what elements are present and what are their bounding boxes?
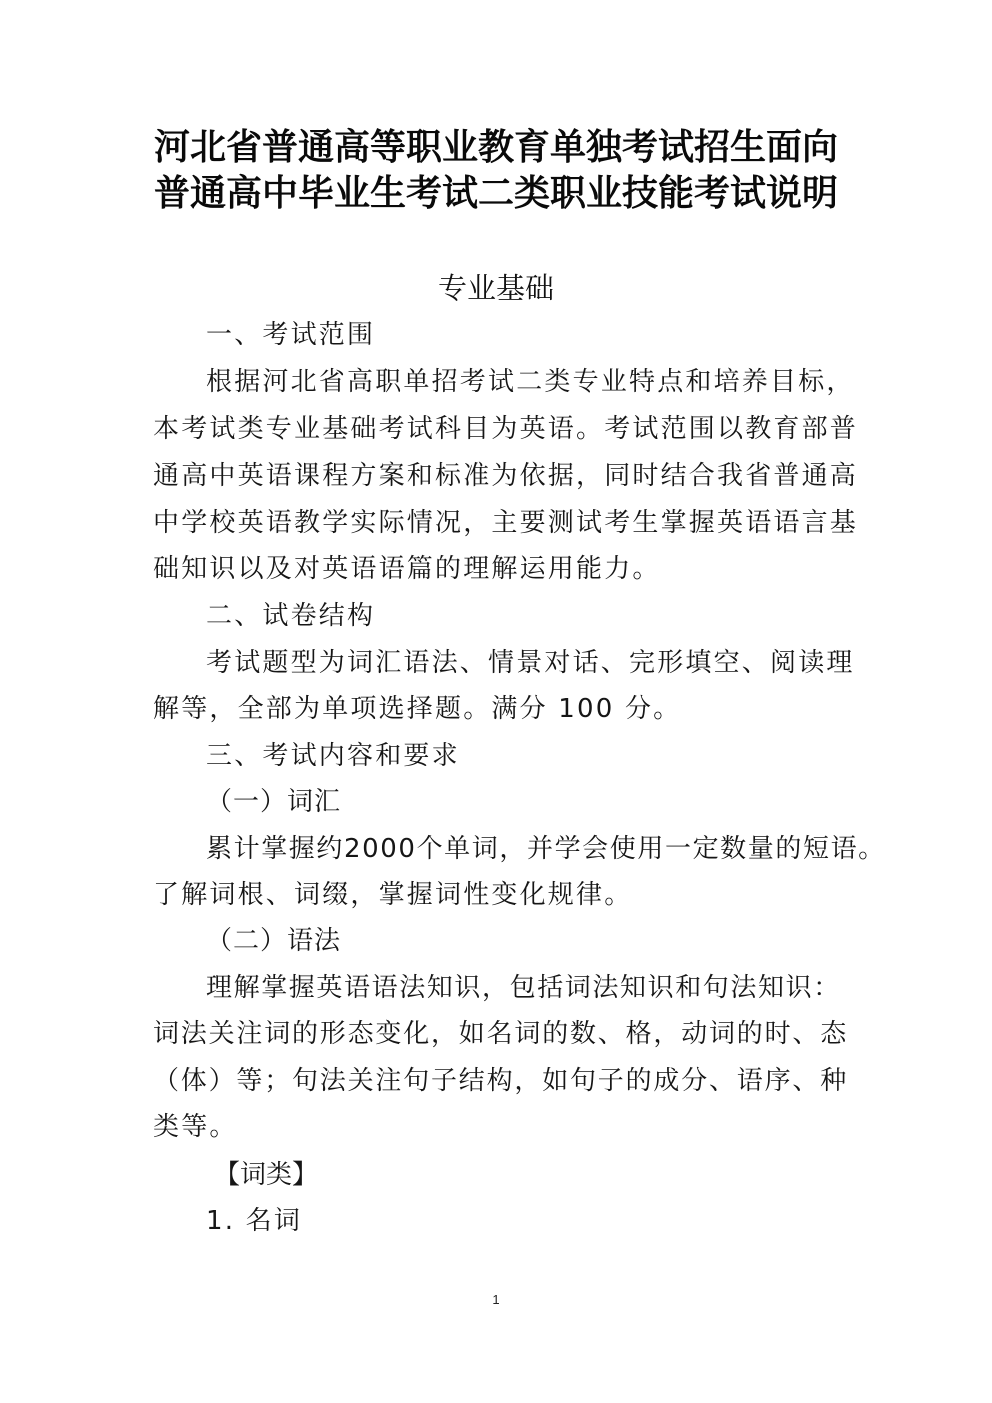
subsection-heading-grammar: （二）语法 bbox=[206, 921, 896, 961]
section-heading-structure: 二、试卷结构 bbox=[206, 596, 896, 636]
structure-paragraph-line: 考试题型为词汇语法、情景对话、完形填空、阅读理 bbox=[206, 643, 896, 683]
section-heading-scope: 一、考试范围 bbox=[206, 315, 896, 355]
scope-paragraph-line: 础知识以及对英语语篇的理解运用能力。 bbox=[153, 549, 843, 589]
grammar-paragraph-line: 类等。 bbox=[153, 1107, 843, 1147]
scope-paragraph-line: 通高中英语课程方案和标准为依据，同时结合我省普通高 bbox=[153, 456, 843, 496]
scope-paragraph-line: 中学校英语教学实际情况，主要测试考生掌握英语语言基 bbox=[153, 503, 843, 543]
word-class-heading: 【词类】 bbox=[214, 1155, 904, 1195]
scope-paragraph-line: 根据河北省高职单招考试二类专业特点和培养目标， bbox=[206, 362, 896, 402]
document-page: 河北省普通高等职业教育单独考试招生面向 普通高中毕业生考试二类职业技能考试说明 … bbox=[0, 0, 992, 1403]
list-item-noun: 1. 名词 bbox=[206, 1201, 896, 1241]
scope-paragraph-line: 本考试类专业基础考试科目为英语。考试范围以教育部普 bbox=[153, 409, 843, 449]
vocabulary-paragraph-line: 了解词根、词缀，掌握词性变化规律。 bbox=[153, 875, 843, 915]
page-number: 1 bbox=[0, 1292, 992, 1307]
document-title-line-2: 普通高中毕业生考试二类职业技能考试说明 bbox=[0, 170, 992, 216]
document-title-line-1: 河北省普通高等职业教育单独考试招生面向 bbox=[0, 124, 992, 170]
subsection-heading-vocabulary: （一）词汇 bbox=[206, 782, 896, 822]
grammar-paragraph-line: 词法关注词的形态变化，如名词的数、格，动词的时、态 bbox=[153, 1014, 843, 1054]
section-subtitle: 专业基础 bbox=[0, 268, 992, 308]
structure-paragraph-line: 解等，全部为单项选择题。满分 100 分。 bbox=[153, 689, 843, 729]
grammar-paragraph-line: 理解掌握英语语法知识，包括词法知识和句法知识： bbox=[206, 968, 896, 1008]
grammar-paragraph-line: （体）等；句法关注句子结构，如句子的成分、语序、种 bbox=[153, 1061, 843, 1101]
section-heading-content: 三、考试内容和要求 bbox=[206, 736, 896, 776]
vocabulary-paragraph-line: 累计掌握约2000个单词，并学会使用一定数量的短语。 bbox=[206, 829, 896, 869]
